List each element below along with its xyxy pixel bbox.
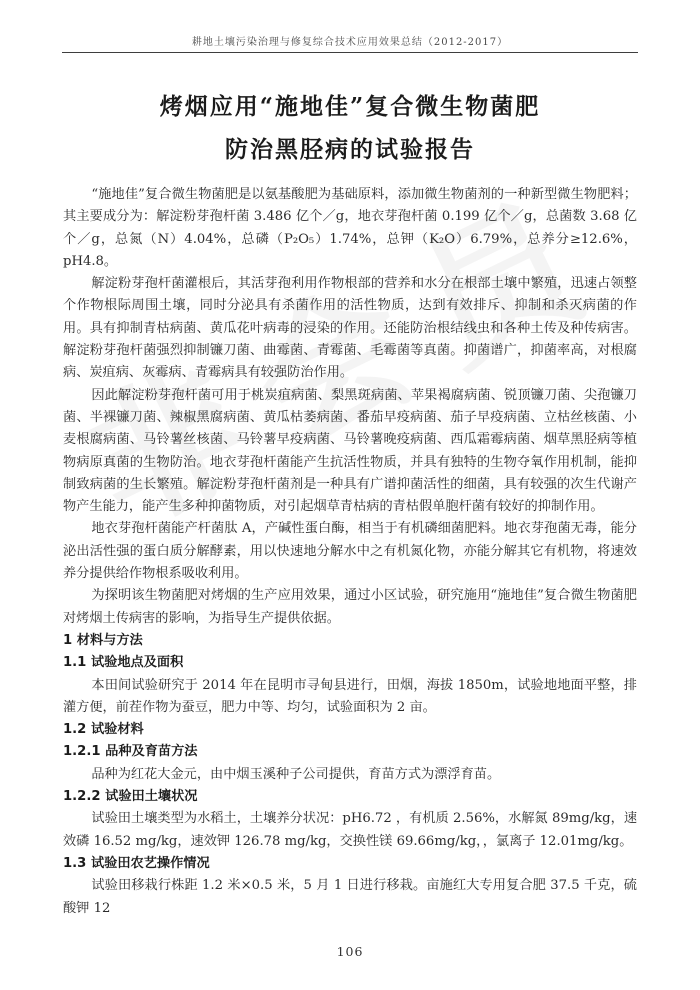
- page-title: 烤烟应用“施地佳”复合微生物菌肥 防治黑胫病的试验报告: [0, 85, 700, 171]
- section-heading-1-3: 1.3 试验田农艺操作情况: [63, 853, 637, 875]
- section-heading-1: 1 材料与方法: [63, 630, 637, 652]
- section-heading-1-2-2: 1.2.2 试验田土壤状况: [63, 786, 637, 808]
- paragraph-intro-composition: “施地佳”复合微生物菌肥是以氨基酸肥为基础原料，添加微生物菌剂的一种新型微生物肥…: [63, 184, 637, 273]
- section-heading-1-2-1: 1.2.1 品种及育苗方法: [63, 741, 637, 763]
- document-body: “施地佳”复合微生物菌肥是以氨基酸肥为基础原料，添加微生物菌剂的一种新型微生物肥…: [63, 184, 637, 920]
- document-page: 非会员 耕地土壤污染治理与修复综合技术应用效果总结（2012-2017） 烤烟应…: [0, 0, 700, 990]
- paragraph-mechanism: 解淀粉芽孢杆菌灌根后，其活芽孢利用作物根部的营养和水分在根部土壤中繁殖，迅速占领…: [63, 273, 637, 384]
- paragraph-agronomy-operations: 试验田移栽行株距 1.2 米×0.5 米，5 月 1 日进行移栽。亩施红大专用复…: [63, 875, 637, 920]
- paragraph-applications: 因此解淀粉芽孢杆菌可用于桃炭疽病菌、梨黑斑病菌、苹果褐腐病菌、锐顶镰刀菌、尖孢镰…: [63, 385, 637, 519]
- running-header: 耕地土壤污染治理与修复综合技术应用效果总结（2012-2017）: [63, 33, 637, 48]
- paragraph-bacitracin: 地衣芽孢杆菌能产杆菌肽 A，产碱性蛋白酶，相当于有机磷细菌肥料。地衣芽孢菌无毒，…: [63, 518, 637, 585]
- page-title-line-2: 防治黑胫病的试验报告: [0, 128, 700, 171]
- section-heading-1-2: 1.2 试验材料: [63, 719, 637, 741]
- paragraph-soil-condition: 试验田土壤类型为水稻土，土壤养分状况：pH6.72 ，有机质 2.56%，水解氮…: [63, 808, 637, 853]
- paragraph-purpose: 为探明该生物菌肥对烤烟的生产应用效果，通过小区试验，研究施用“施地佳”复合微生物…: [63, 585, 637, 630]
- page-number: 106: [0, 944, 700, 959]
- paragraph-variety-seedling: 品种为红花大金元，由中烟玉溪种子公司提供，育苗方式为漂浮育苗。: [63, 764, 637, 786]
- paragraph-site-area: 本田间试验研究于 2014 年在昆明市寻甸县进行，田烟，海拔 1850m，试验地…: [63, 675, 637, 720]
- page-title-line-1: 烤烟应用“施地佳”复合微生物菌肥: [0, 85, 700, 128]
- header-divider: [62, 52, 638, 53]
- section-heading-1-1: 1.1 试验地点及面积: [63, 652, 637, 674]
